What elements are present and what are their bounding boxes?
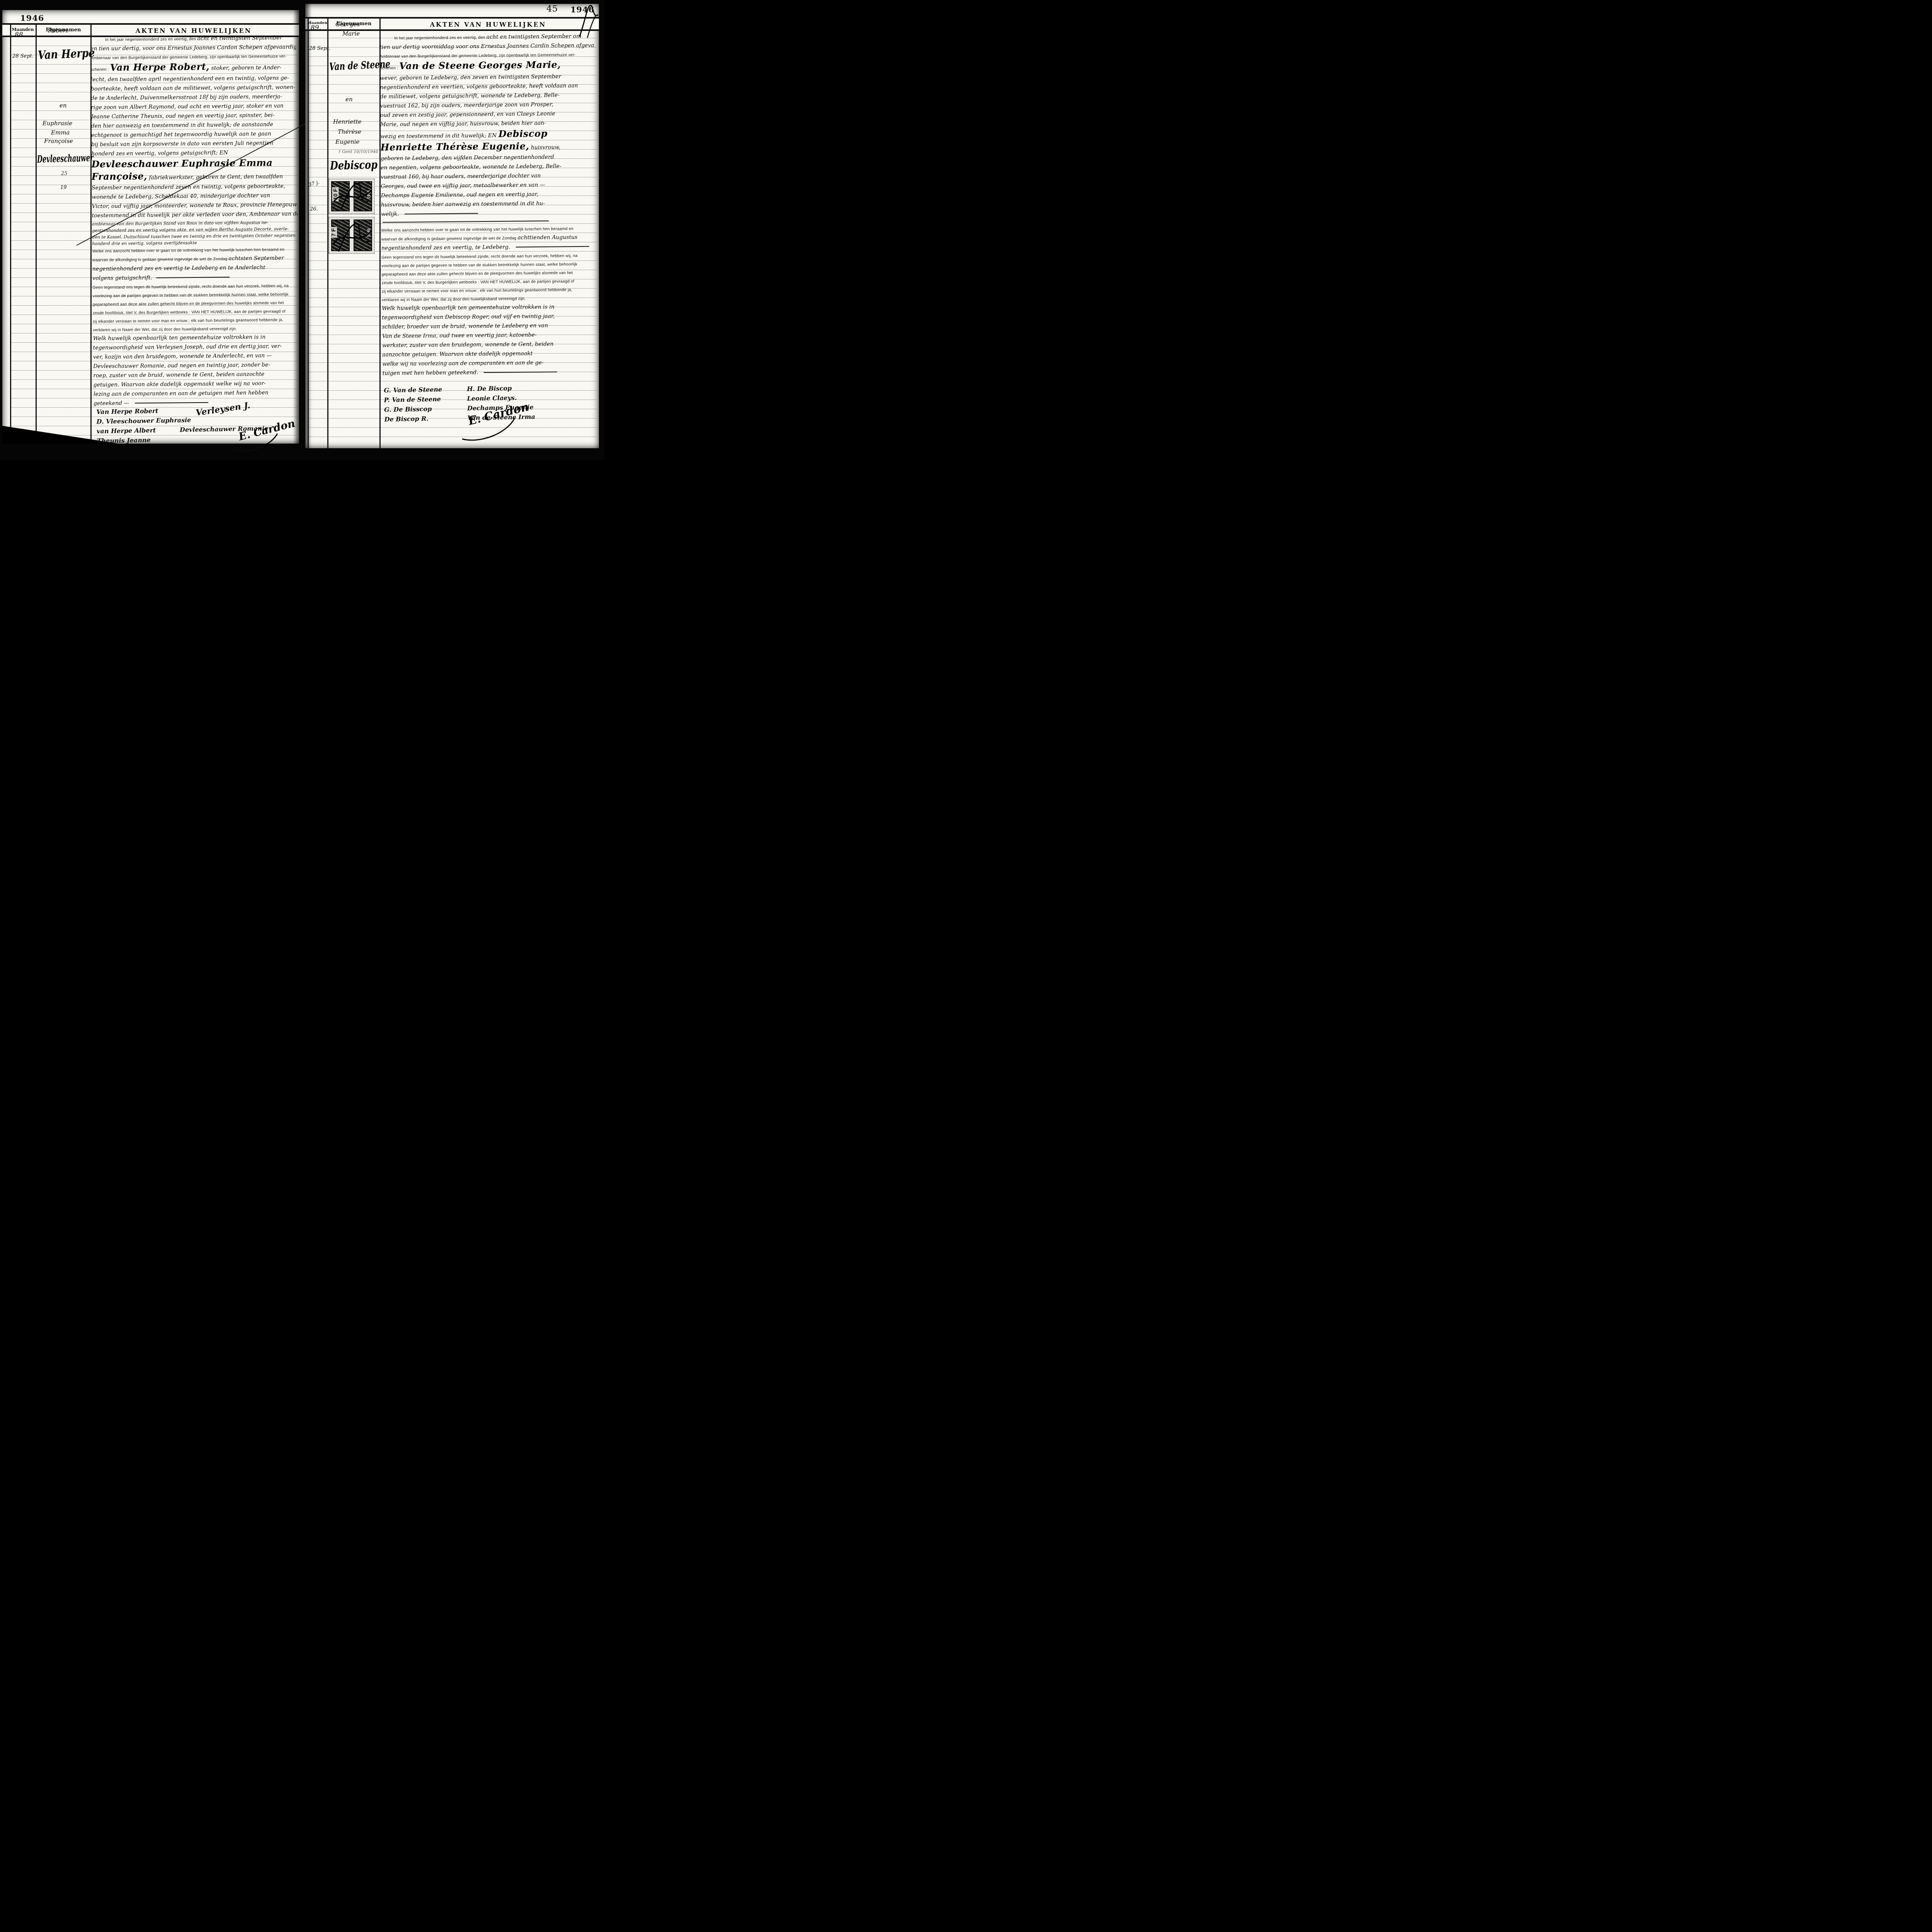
printed-form-text: schenen :: [380, 66, 400, 70]
printed-form-text: Ambtenaar van den Burgerlijkenstand der …: [90, 54, 286, 60]
handwritten-text: negentienhonderd zes en veertig te Ledeb…: [92, 264, 265, 272]
handwritten-text: oud zeven en zestig jaar, gepensionneerd…: [380, 111, 555, 118]
printed-form-text: voorlezing aan de partijen gegeven te he…: [93, 292, 289, 298]
act-text-right: In het jaar negentienhonderd zes en veer…: [379, 32, 597, 383]
bride-given-name: Euphrasie: [43, 120, 72, 127]
handwritten-text: Debiscop: [498, 128, 548, 139]
handwritten-text: September negentienhonderd zeven en twin…: [92, 183, 285, 191]
cancellation-scribble: [329, 218, 376, 255]
handwritten-text: honderd zes en veertig, volgens getuigsc…: [91, 150, 228, 157]
handwritten-text: huisvrouw, beiden hier aanwezig en toest…: [381, 201, 545, 208]
handwritten-text: echtgenoot is gemachtigd het tegenwoordi…: [91, 131, 271, 138]
signature: G. Van de Steene: [384, 385, 467, 396]
column-divider: [10, 23, 11, 444]
cancellation-scribble: [329, 179, 376, 215]
handwritten-text: Van de Steene Georges Marie,: [399, 59, 561, 71]
handwritten-text: stoker, geboren te Ander-: [209, 65, 281, 71]
handwritten-text: fabriekwerkster, geboren te Gent, den tw…: [147, 173, 283, 181]
handwritten-text: Welk huwelijk openbaarlijk ten gemeenteh…: [382, 304, 554, 312]
signature: Van Herpe Robert: [96, 407, 179, 418]
drawn-rule: [135, 402, 208, 403]
handwritten-text: geboren te Ledeberg, den vijfden Decembe…: [381, 154, 554, 162]
handwritten-text: Jeanne Catherine Theunis, oud negen en v…: [91, 112, 275, 120]
printed-form-text: waarvan de afkondiging is gedaan geweest…: [92, 257, 229, 262]
handwritten-text: Dechamps Eugenie Emilienne, oud negen en…: [381, 191, 539, 199]
act-date: 28 Sept.: [309, 46, 330, 51]
handwritten-text: acht en twintigsten September om: [486, 33, 582, 40]
act-date: 28 Sept.: [12, 53, 34, 59]
handwritten-text: lezing aan de comparanten en aan de getu…: [94, 389, 269, 397]
signature: P. Van de Steene: [384, 395, 467, 406]
bride-given-name: Françoise: [44, 138, 73, 145]
handwritten-text: Devleeschauwer Romanie, oud negen en twi…: [93, 362, 270, 369]
handwritten-text: tuigen met hen hebben geteekend.: [383, 369, 480, 376]
bride-given-name: Emma: [51, 129, 70, 136]
groom-given-name: Georges: [335, 21, 360, 28]
ruled-line: [308, 427, 597, 428]
handwritten-text: Georges, oud twee en vijftig jaar, metaa…: [381, 182, 545, 190]
signature: van Herpe Albert: [97, 426, 180, 437]
bride-surname: Debiscop: [330, 158, 378, 173]
printed-form-text: zesde hoofdstuk, titel V, des Burgerlijk…: [93, 309, 286, 315]
handwritten-text: Van de Steene Irma, oud twee en veertig …: [382, 332, 537, 339]
handwritten-text: werkster, zuster van den bruidegom, wone…: [382, 341, 554, 349]
handwritten-text: de te Anderlecht, Duivenmelkersstraat 18…: [91, 94, 282, 101]
margin-note: 19: [60, 185, 67, 190]
handwritten-text: tien uur dertig voormiddag voor ons Erne…: [379, 42, 597, 50]
handwritten-text: roep, zuster van de bruid, wonende te Ge…: [93, 371, 264, 379]
act-number: 88.: [15, 31, 25, 39]
printed-form-text: zesde hoofdstuk, titel V, des Burgerlijk…: [382, 279, 575, 285]
signature: Theunis Jeanne: [97, 436, 180, 447]
revenue-stamp: 10 F 1946: [328, 179, 375, 214]
margin-annotation: 37 j.: [308, 179, 320, 188]
act-line: schenen : Van Herpe Robert, stoker, gebo…: [90, 60, 296, 75]
signature: De Biscop R.: [384, 414, 467, 425]
printed-form-text: Geen tegenstand ons tegen dit huwelijk b…: [381, 253, 578, 260]
revenue-stamp-block: 10 F 1946 7 F 1946: [328, 179, 376, 257]
handwritten-text: negentienhonderd zes en veertig, te Lede…: [381, 244, 512, 251]
printed-form-text: In het jaar negentienhonderd zes en veer…: [394, 35, 486, 41]
handwritten-text: den hier aanwezig en toestemmend in dit …: [91, 121, 273, 129]
printed-form-text: geparapheerd aan deze akte zullen gehech…: [93, 301, 284, 307]
signature: Leonie Claeys.: [467, 394, 517, 405]
handwritten-text: huisvrouw,: [529, 144, 560, 151]
handwritten-text: aanzochte getuigen. Waarvan akte dadelij…: [382, 350, 532, 358]
signature: G. De Bisscop: [384, 405, 467, 416]
signature: H. De Biscop: [467, 384, 512, 395]
act-line: schenen : Van de Steene Georges Marie,: [380, 59, 595, 74]
handwritten-text: getuigen. Waarvan akte dadelijk opgemaak…: [94, 380, 266, 388]
register-scan: 1946 Maanden Eigennamen AKTEN VAN HUWELI…: [0, 0, 604, 460]
handwritten-text: boorteakte, heeft voldaan aan de militie…: [91, 84, 295, 92]
right-register-page: 45 1946 Maanden Eigennamen AKTEN VAN HUW…: [305, 4, 599, 448]
bride-given-name: Eugenie: [335, 138, 359, 145]
handwritten-text: Van Herpe Robert,: [110, 61, 210, 73]
printed-form-text: Geen tegenstand ons tegen dit huwelijk b…: [92, 284, 289, 290]
handwritten-text: negentienhonderd en veertien, volgens ge…: [380, 83, 578, 90]
revenue-stamp: 7 F 1946: [328, 217, 375, 254]
handwritten-text: acht en twintigsten September: [197, 35, 282, 42]
handwritten-text: Victor, oud vijftig jaar, monteerder, wo…: [92, 202, 299, 210]
act-line: tuigen met hen hebben geteekend.: [383, 367, 597, 378]
drawn-rule: [405, 213, 478, 214]
handwritten-text: honderd drie en veertig, volgens overlij…: [92, 240, 197, 246]
printed-form-text: schenen :: [90, 67, 110, 72]
handwritten-text: Marie, oud negen en vijftig jaar, huisvr…: [380, 120, 546, 128]
death-margin-note: † Gent 10/10/1946: [338, 149, 378, 154]
printed-form-text: geparapheerd aan deze akte zullen gehech…: [381, 270, 573, 277]
conjunction-en: en: [60, 102, 67, 109]
drawn-rule: [516, 246, 589, 247]
ruled-line: [308, 437, 597, 437]
handwritten-text: wever, geboren te Ledeberg, den zeven en…: [380, 73, 561, 81]
page-title: AKTEN VAN HUWELIJKEN: [380, 21, 596, 28]
handwritten-text: en negentien, volgens geboorteakte, wone…: [381, 163, 561, 171]
drawn-rule: [484, 371, 557, 373]
groom-surname: Van Herpe: [37, 46, 95, 62]
groom-given-name: Marie: [342, 30, 360, 37]
handwritten-text: en tien uur dertig, voor ons Ernestus Jo…: [90, 44, 299, 52]
handwritten-text: geteekend —: [94, 400, 131, 406]
handwritten-text: bij besluit van zijn korpsoverste in dat…: [91, 140, 273, 148]
handwritten-text: vuestraat 162, bij zijn ouders, meerderj…: [380, 102, 554, 109]
printed-form-text: zij elkander verstaan te nemen voor man …: [382, 287, 572, 294]
bride-given-name: Thérèse: [338, 128, 361, 135]
signature-flourish: [460, 416, 518, 443]
signature-flourish: [234, 430, 281, 454]
signature: D. Vleeschouwer Euphrasie: [97, 417, 180, 428]
pen-flourish: [576, 4, 603, 39]
left-register-page: 1946 Maanden Eigennamen AKTEN VAN HUWELI…: [2, 10, 299, 444]
groom-given-name: Robert: [48, 27, 68, 34]
handwritten-text: lecht, den twaalfden april negentienhond…: [91, 75, 289, 83]
printed-form-text: verklaren wij in Naam der Wet, dat zij d…: [382, 296, 526, 302]
printed-form-text: voorlezing aan de partijen gegeven te he…: [381, 262, 577, 268]
handwritten-text: rige zoon van Albert Raymond, oud acht e…: [91, 103, 284, 111]
handwritten-text: welijk.: [381, 211, 401, 217]
bride-surname: Devleeschauwer: [37, 152, 94, 165]
handwritten-text: wonende te Ledeberg, Scheldekaai 40, min…: [92, 192, 270, 200]
handwritten-text: schilder, broeder van de bruid, wonende …: [382, 323, 548, 330]
handwritten-text: welke wij na voorlezing aan de comparant…: [382, 360, 543, 367]
handwritten-text: Henriette Thérèse Eugenie,: [381, 140, 529, 153]
act-number: 89.: [311, 24, 321, 32]
handwritten-text: wezig en toestemmend in dit huwelijk; EN: [380, 133, 498, 140]
handwritten-text: ver, kozijn van den bruidegom, wonende t…: [93, 352, 272, 360]
handwritten-text: de militiewet, volgens getuigschrift, wo…: [380, 92, 560, 100]
handwritten-text: vuestraat 160, bij haar ouders, meerderj…: [381, 173, 541, 180]
act-line: Devleeschauwer Euphrasie Emma: [92, 157, 297, 171]
column-divider: [36, 23, 37, 444]
handwritten-text: toestemmend in dit huwelijk per akte ver…: [92, 211, 299, 219]
handwritten-text: Devleeschauwer Euphrasie Emma: [92, 157, 273, 170]
handwritten-text: tegenwoordigheid van Debiscop Roger, oud…: [382, 313, 554, 321]
printed-form-text: waarvan de afkondiging is gedaan geweest…: [381, 236, 518, 241]
margin-annotation: 26.: [310, 206, 318, 212]
handwritten-text: Welk huwelijk openbaarlijk ten gemeenteh…: [93, 334, 266, 342]
year-label: 1946: [20, 13, 44, 23]
printed-form-text: Welke ons aanzocht hebben over te gaan t…: [92, 247, 285, 253]
printed-form-text: In het jaar negentienhonderd zes en veer…: [105, 37, 197, 42]
act-line: Françoise, fabriekwerkster, geboren te G…: [92, 169, 297, 184]
bride-given-name: Henriette: [333, 118, 361, 125]
handwritten-text: achtsten September: [229, 255, 284, 262]
folio-number: 45: [546, 4, 558, 14]
act-text-left: In het jaar negentienhonderd zes en veer…: [90, 33, 299, 412]
printed-form-text: zij elkander verstaan te nemen voor man …: [93, 318, 283, 324]
printed-form-text: verklaren wij in Naam der Wet, dat zij d…: [93, 327, 236, 332]
handwritten-text: achttienden Augustus: [517, 234, 577, 241]
handwritten-text: volgens getuigschrift.: [92, 275, 152, 281]
act-line: Henriette Thérèse Eugenie, huisvrouw,: [381, 140, 595, 154]
handwritten-text: tegenwoordigheid van Verleysen Joseph, o…: [93, 343, 282, 351]
drawn-rule: [156, 277, 230, 278]
printed-form-text: Ambtenaar van den Burgerlijkenstand der …: [380, 53, 576, 59]
conjunction-en: en: [345, 96, 353, 103]
act-line: wezig en toestemmend in dit huwelijk; EN…: [380, 128, 595, 142]
printed-form-text: Welke ons aanzocht hebben over te gaan t…: [381, 226, 573, 233]
drawn-rule: [383, 220, 549, 223]
handwritten-text: Françoise,: [92, 170, 147, 182]
